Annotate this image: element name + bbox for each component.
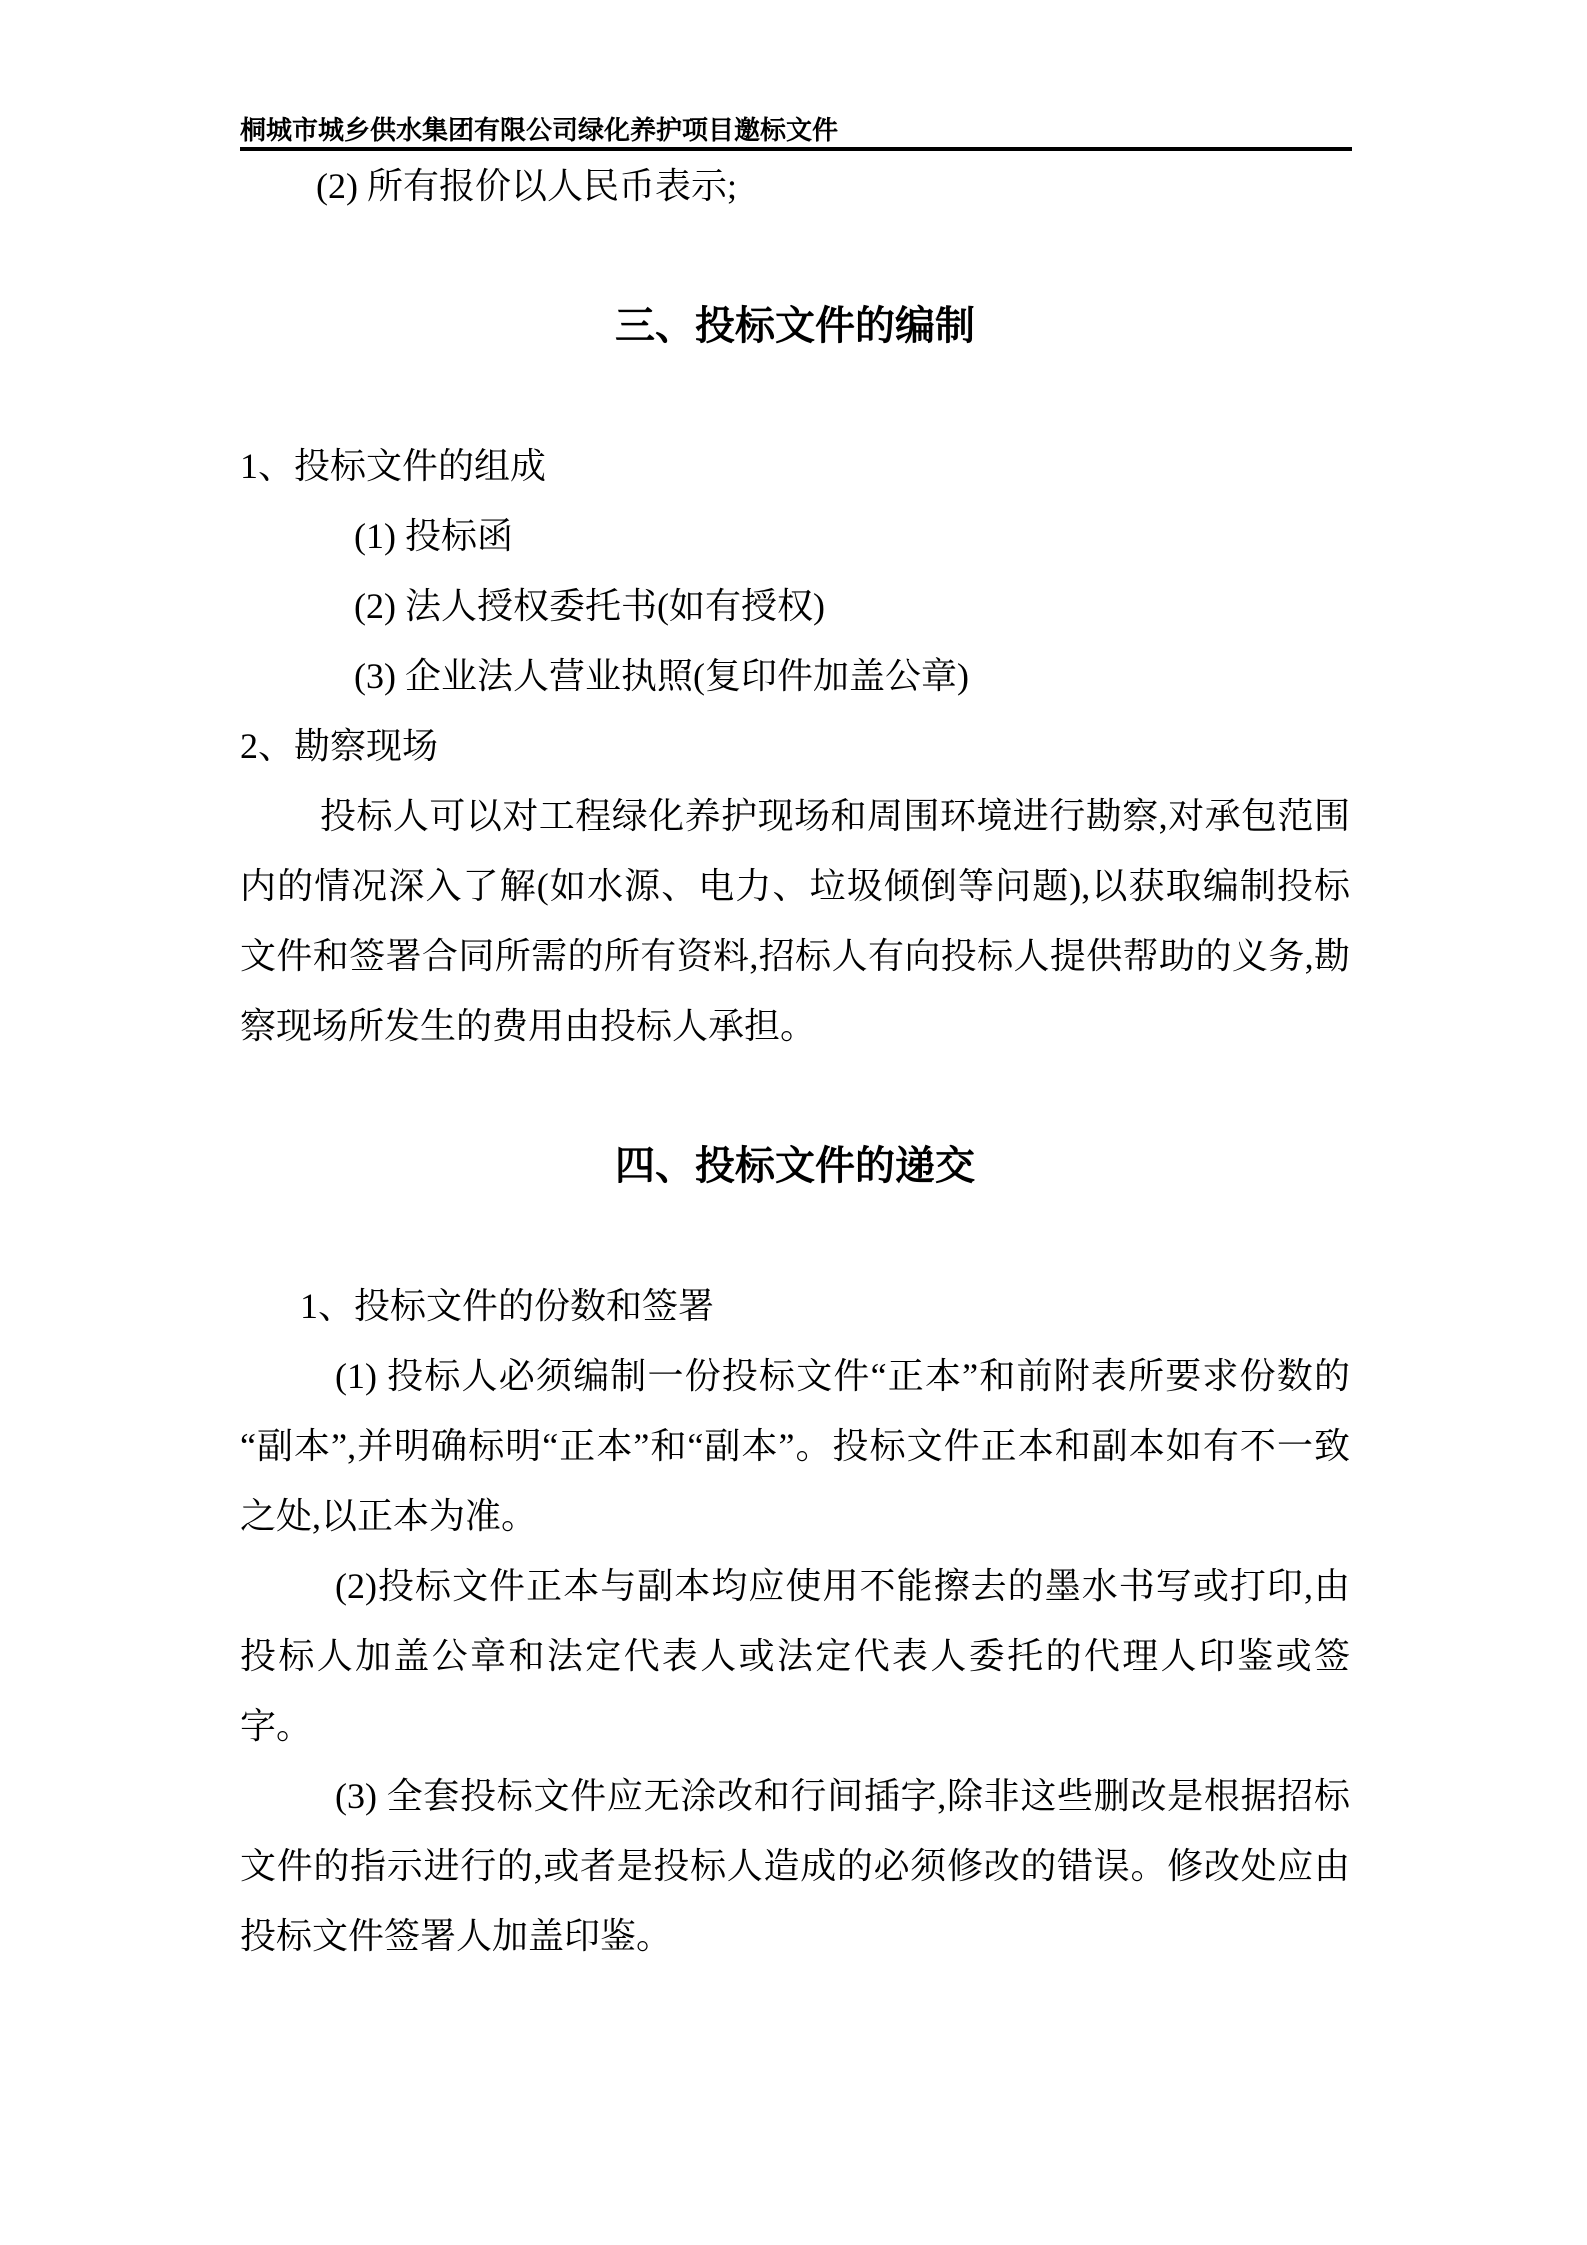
- section-4-item-1-title: 1、投标文件的份数和签署: [240, 1271, 1350, 1341]
- clause-price-note: (2) 所有报价以人民币表示;: [240, 151, 1350, 221]
- section-4-heading: 四、投标文件的递交: [240, 1131, 1350, 1201]
- composition-item-3: (3) 企业法人营业执照(复印件加盖公章): [240, 641, 1350, 711]
- section-3-item-1-title: 1、投标文件的组成: [240, 431, 1350, 501]
- composition-item-2: (2) 法人授权委托书(如有授权): [240, 571, 1350, 641]
- composition-item-1: (1) 投标函: [240, 501, 1350, 571]
- clause-paragraph-2: (2)投标文件正本与副本均应使用不能擦去的墨水书写或打印,由投标人加盖公章和法定…: [240, 1551, 1350, 1761]
- section-3-item-2-title: 2、勘察现场: [240, 711, 1350, 781]
- document-page: 桐城市城乡供水集团有限公司绿化养护项目邀标文件 (2) 所有报价以人民币表示; …: [0, 0, 1587, 2245]
- clause-paragraph-1: (1) 投标人必须编制一份投标文件“正本”和前附表所要求份数的“副本”,并明确标…: [240, 1341, 1350, 1551]
- clause-paragraph-3: (3) 全套投标文件应无涂改和行间插字,除非这些删改是根据招标文件的指示进行的,…: [240, 1761, 1350, 1971]
- header-title: 桐城市城乡供水集团有限公司绿化养护项目邀标文件: [240, 114, 1352, 147]
- survey-paragraph: 投标人可以对工程绿化养护现场和周围环境进行勘察,对承包范围内的情况深入了解(如水…: [240, 781, 1350, 1061]
- section-3-heading: 三、投标文件的编制: [240, 291, 1350, 361]
- document-content: (2) 所有报价以人民币表示; 三、投标文件的编制 1、投标文件的组成 (1) …: [240, 151, 1350, 1971]
- page-header: 桐城市城乡供水集团有限公司绿化养护项目邀标文件: [240, 0, 1352, 151]
